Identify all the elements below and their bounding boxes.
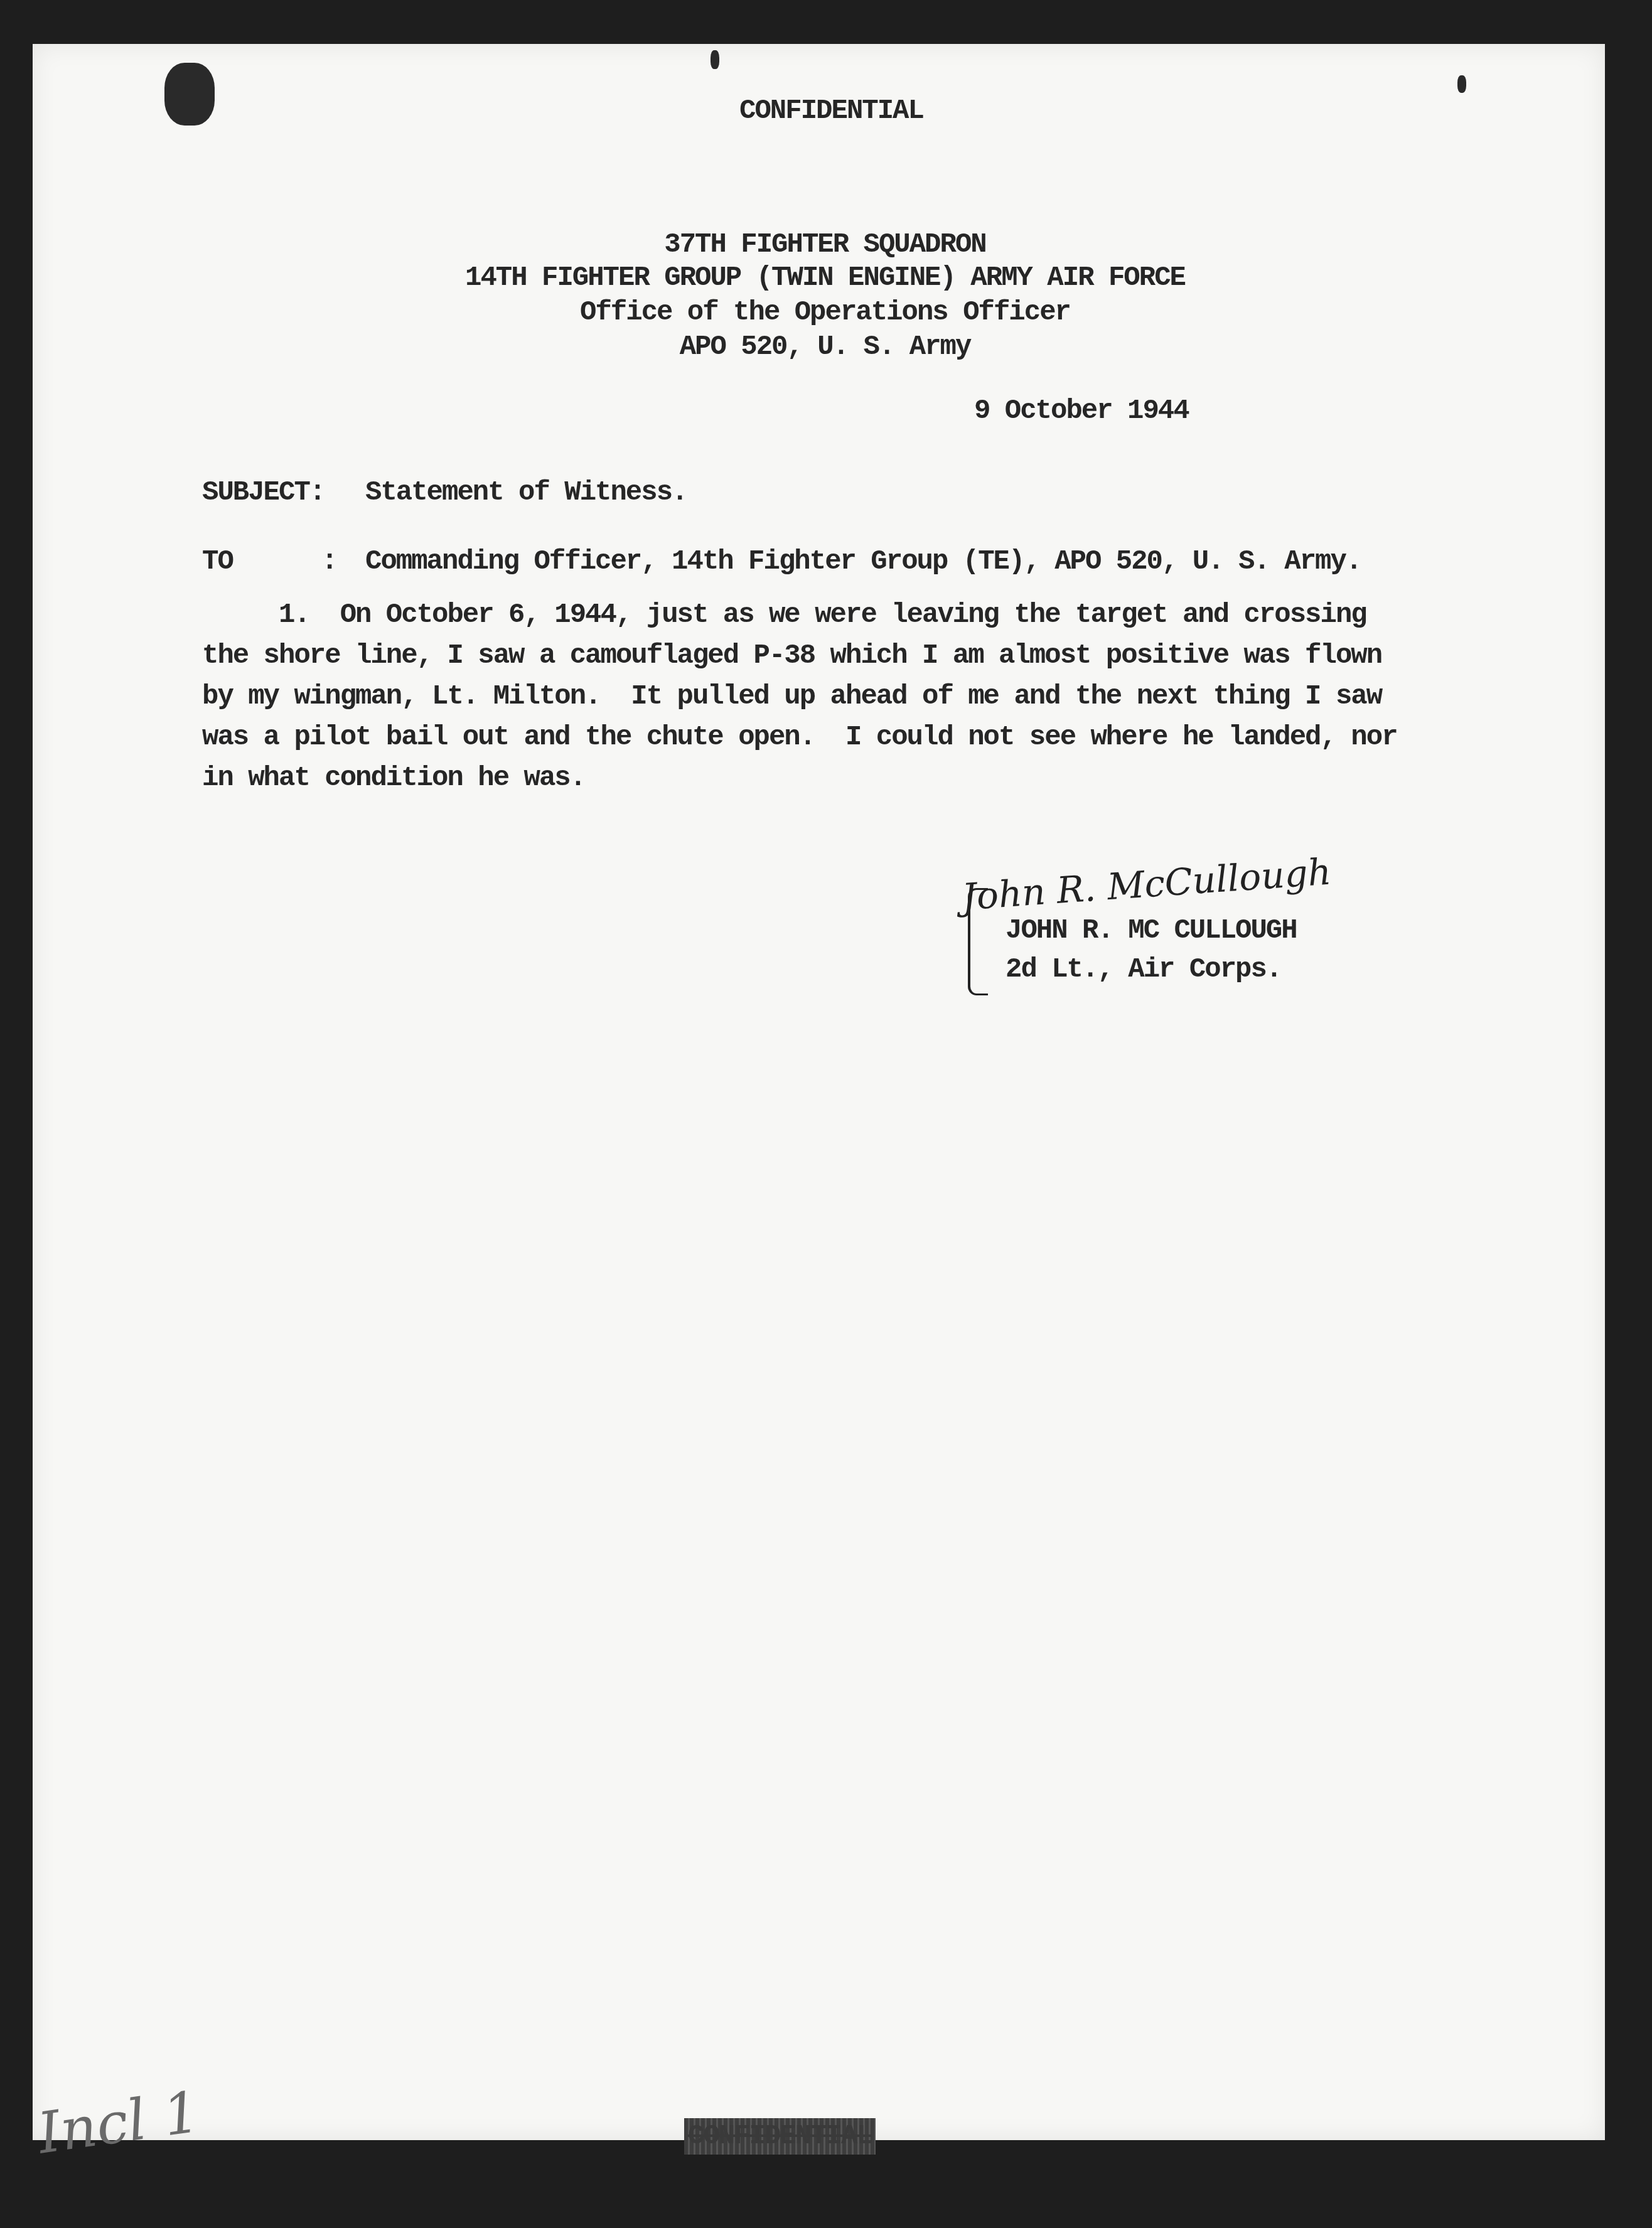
subject-label: SUBJECT: <box>202 477 324 508</box>
classification-footer: CONFIDENTIAL <box>684 2118 876 2155</box>
signature-flourish <box>968 888 988 995</box>
subject-value: Statement of Witness. <box>365 477 687 508</box>
to-value: Commanding Officer, 14th Fighter Group (… <box>365 546 1361 577</box>
classification-header: CONFIDENTIAL <box>33 95 1605 127</box>
ink-speck <box>711 50 719 69</box>
signer-name: JOHN R. MC CULLOUGH <box>1006 915 1297 946</box>
body-line: the shore line, I saw a camouflaged P-38… <box>202 640 1381 672</box>
body-line: was a pilot bail out and the chute open.… <box>202 722 1397 753</box>
to-colon: : <box>321 546 336 577</box>
document-page: CONFIDENTIAL 37TH FIGHTER SQUADRON 14TH … <box>33 44 1605 2140</box>
handwritten-signature: John R. McCullough <box>960 850 1333 919</box>
body-line: 1. On October 6, 1944, just as we were l… <box>202 599 1366 631</box>
letterhead-squadron: 37TH FIGHTER SQUADRON <box>33 229 1605 260</box>
signer-rank: 2d Lt., Air Corps. <box>1006 954 1281 985</box>
body-line: in what condition he was. <box>202 763 585 794</box>
body-line: by my wingman, Lt. Milton. It pulled up … <box>202 681 1381 712</box>
letterhead-office: Office of the Operations Officer <box>33 297 1605 328</box>
letterhead-apo: APO 520, U. S. Army <box>33 331 1605 363</box>
letterhead-group: 14TH FIGHTER GROUP (TWIN ENGINE) ARMY AI… <box>33 262 1605 294</box>
to-label: TO <box>202 546 233 577</box>
document-date: 9 October 1944 <box>974 395 1189 427</box>
ink-speck <box>1457 75 1466 93</box>
